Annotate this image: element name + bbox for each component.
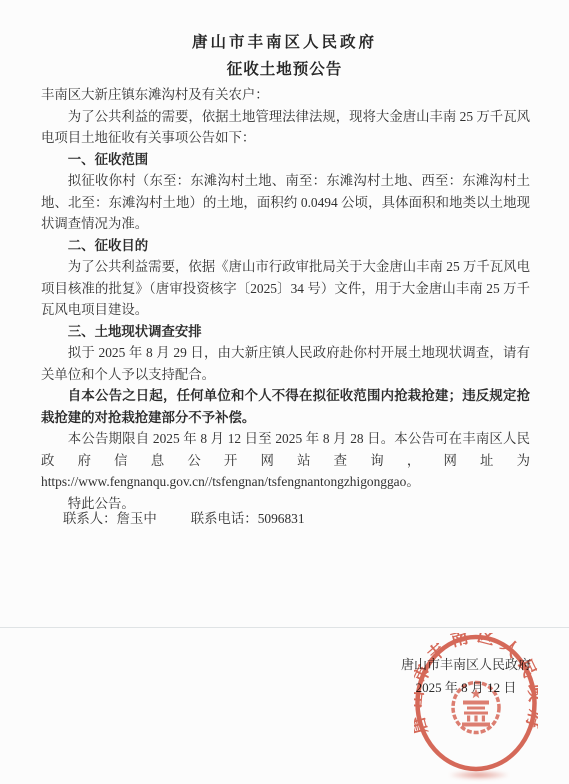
scan-artifact-line	[0, 627, 569, 628]
contact-phone-number: 5096831	[258, 511, 305, 526]
document-page: 唐山市丰南区人民政府 征收土地预公告 丰南区大新庄镇东滩沟村及有关农户： 为了公…	[0, 0, 569, 784]
seal-smudge	[448, 770, 510, 780]
intro-paragraph: 为了公共利益的需要，依据土地管理法律法规，现将大金唐山丰南 25 万千瓦风电项目…	[41, 106, 530, 149]
section3-heading: 三、土地现状调查安排	[41, 321, 530, 343]
national-emblem-icon	[453, 683, 499, 733]
section1-heading: 一、征收范围	[41, 149, 530, 171]
document-title-line1: 唐山市丰南区人民政府	[0, 29, 569, 56]
section2-heading: 二、征收目的	[41, 235, 530, 257]
section1-text: 拟征收你村（东至：东滩沟村土地、南至：东滩沟村土地、西至：东滩沟村土地、北至：东…	[41, 170, 530, 235]
warning-paragraph: 自本公告之日起，任何单位和个人不得在拟征收范围内抢栽抢建；违反规定抢栽抢建的对抢…	[41, 385, 530, 428]
document-title-line2: 征收土地预公告	[0, 56, 569, 83]
document-body: 丰南区大新庄镇东滩沟村及有关农户： 为了公共利益的需要，依据土地管理法律法规，现…	[41, 84, 530, 514]
contact-phone-label: 联系电话：	[191, 511, 258, 526]
document-title: 唐山市丰南区人民政府 征收土地预公告	[0, 29, 569, 83]
contact-person-label: 联系人：	[63, 511, 117, 526]
salutation: 丰南区大新庄镇东滩沟村及有关农户：	[41, 84, 530, 106]
section3-text: 拟于 2025 年 8 月 29 日，由大新庄镇人民政府赴你村开展土地现状调查，…	[41, 342, 530, 385]
section2-text: 为了公共利益需要，依据《唐山市行政审批局关于大金唐山丰南 25 万千瓦风电项目核…	[41, 256, 530, 321]
contact-line: 联系人：詹玉中联系电话：5096831	[63, 508, 305, 530]
contact-person-name: 詹玉中	[117, 511, 157, 526]
official-seal: 唐山市丰南区人民政府	[414, 633, 538, 773]
period-paragraph: 本公告期限自 2025 年 8 月 12 日至 2025 年 8 月 28 日。…	[41, 428, 530, 493]
